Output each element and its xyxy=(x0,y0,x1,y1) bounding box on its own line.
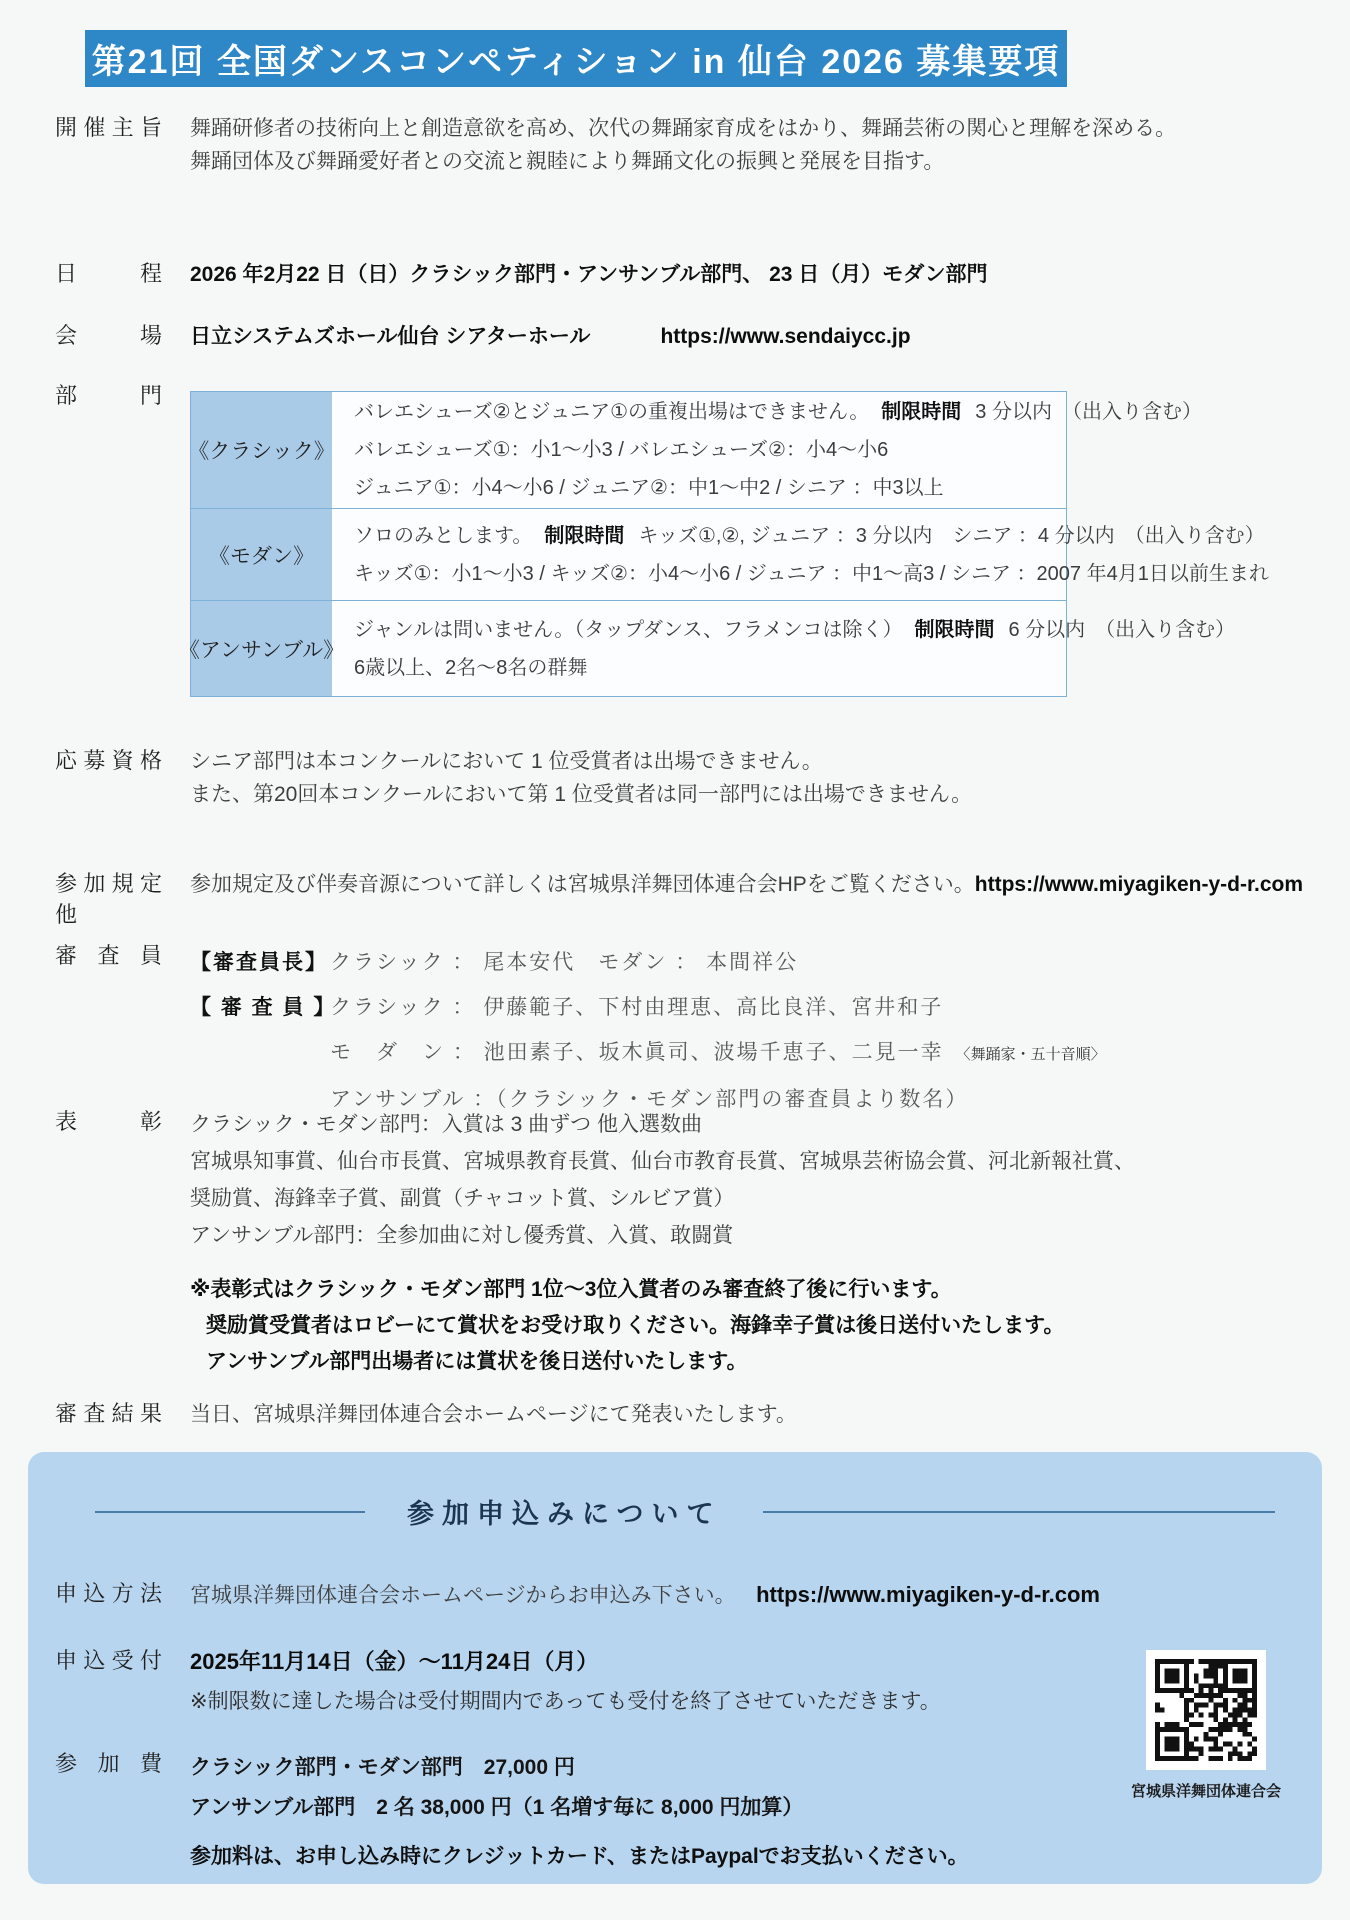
awards-line3: 奨励賞、海鋒幸子賞、副賞（チャコット賞、シルビア賞） xyxy=(190,1180,1135,1217)
division-name-modern: 《モダン》 xyxy=(191,509,332,600)
rules-label: 参加規定他 xyxy=(55,868,162,930)
schedule-label: 日程 xyxy=(55,258,162,289)
venue-url: https://www.sendaiycc.jp xyxy=(660,320,910,353)
qr-code xyxy=(1155,1659,1257,1761)
results-section: 審査結果 当日、宮城県洋舞団体連合会ホームページにて発表いたします。 xyxy=(55,1398,797,1431)
apply-period-section: 申込受付 2025年11月14日（金）～11月24日（月） xyxy=(55,1645,598,1676)
application-title: 参加申込みについて xyxy=(407,1492,721,1531)
awards-note3: アンサンブル部門出場者には賞状を後日送付いたします。 xyxy=(190,1344,1135,1380)
apply-period-label: 申込受付 xyxy=(55,1645,162,1676)
eligibility-label: 応募資格 xyxy=(55,745,162,776)
division-detail-modern: ソロのみとします。制限時間キッズ①,②, ジュニア ：3 分以内 シニア ：4 … xyxy=(332,509,1269,600)
title-rule-left xyxy=(95,1511,365,1513)
rules-section: 参加規定他 参加規定及び伴奏音源について詳しくは宮城県洋舞団体連合会HPをご覧く… xyxy=(55,868,1067,930)
classic-categories-2: ジュニア①：小4～小6 / ジュニア②：中1～中2 / シニア ：中3以上 xyxy=(354,469,1202,507)
awards-note1: ※表彰式はクラシック・モダン部門 1位～3位入賞者のみ審査終了後に行います。 xyxy=(190,1272,1135,1308)
qr-label: 宮城県洋舞団体連合会 xyxy=(1106,1780,1306,1801)
awards-line1: クラシック・モダン部門：入賞は 3 曲ずつ 他入選数曲 xyxy=(190,1106,1135,1143)
classic-judges: クラシック ： 伊藤範子、下村由理恵、高比良洋、宮井和子 xyxy=(330,985,943,1030)
apply-method-url: https://www.miyagiken-y-d-r.com xyxy=(756,1578,1100,1611)
modern-categories: キッズ①：小1～小3 / キッズ②：小4～小6 / ジュニア ：中1～高3 / … xyxy=(354,555,1269,593)
schedule-section: 日程 2026 年2月22 日（日）クラシック部門・アンサンブル部門、 23 日… xyxy=(55,258,988,291)
awards-line4: アンサンブル部門：全参加曲に対し優秀賞、入賞、敢闘賞 xyxy=(190,1217,1135,1254)
division-detail-classic: バレエシューズ②とジュニア①の重複出場はできません。制限時間3 分以内 （出入り… xyxy=(332,392,1202,508)
classic-categories-1: バレエシューズ①：小1～小3 / バレエシューズ②：小4～小6 xyxy=(354,431,1202,469)
awards-note2: 奨励賞受賞者はロビーにて賞状をお受け取りください。海鋒幸子賞は後日送付いたします… xyxy=(190,1308,1135,1344)
division-name-ensemble: 《アンサンブル》 xyxy=(191,601,332,696)
eligibility-line2: また、第20回本コンクールにおいて第 1 位受賞者は同一部門には出場できません。 xyxy=(190,778,972,811)
eligibility-section: 応募資格 シニア部門は本コンクールにおいて 1 位受賞者は出場できません。 また… xyxy=(55,745,972,811)
modern-rule: ソロのみとします。 xyxy=(354,525,532,547)
title-rule-right xyxy=(763,1511,1275,1513)
classic-rule: バレエシューズ②とジュニア①の重複出場はできません。 xyxy=(354,401,869,423)
judges-label: 審査員 xyxy=(55,940,162,971)
judges-section: 審査員 【審査員長】 クラシック ： 尾本安代 モダン ： 本間祥公 【 審 査… xyxy=(55,940,1106,1122)
purpose-label: 開催主旨 xyxy=(55,112,162,143)
modern-time-limit: キッズ①,②, ジュニア ：3 分以内 シニア ：4 分以内 （出入り含む） xyxy=(638,525,1264,547)
purpose-section: 開催主旨 舞踊研修者の技術向上と創造意欲を高め、次代の舞踊家育成をはかり、舞踊芸… xyxy=(55,112,1176,178)
chief-judges: クラシック ： 尾本安代 モダン ： 本間祥公 xyxy=(330,940,798,985)
division-row-classic: 《クラシック》 バレエシューズ②とジュニア①の重複出場はできません。制限時間3 … xyxy=(191,392,1066,509)
awards-section: 表彰 クラシック・モダン部門：入賞は 3 曲ずつ 他入選数曲 宮城県知事賞、仙台… xyxy=(55,1106,1135,1380)
apply-method-text: 宮城県洋舞団体連合会ホームページからお申込み下さい。 xyxy=(190,1579,736,1612)
divisions-label: 部門 xyxy=(55,380,162,411)
judges-order-note: 〈舞踊家・五十音順〉 xyxy=(956,1032,1106,1077)
purpose-line1: 舞踊研修者の技術向上と創造意欲を高め、次代の舞踊家育成をはかり、舞踊芸術の関心と… xyxy=(190,112,1176,145)
apply-method-section: 申込方法 宮城県洋舞団体連合会ホームページからお申込み下さい。 https://… xyxy=(55,1578,1100,1612)
time-limit-label: 制限時間 xyxy=(544,525,624,547)
venue-section: 会場 日立システムズホール仙台 シアターホール https://www.send… xyxy=(55,320,911,353)
flyer-page: 第21回 全国ダンスコンペティション in 仙台 2026 募集要項 開催主旨 … xyxy=(0,0,1350,1920)
modern-judges: モ ダ ン ： 池田素子、坂木眞司、波場千恵子、二見一幸 xyxy=(330,1030,944,1075)
awards-label: 表彰 xyxy=(55,1106,162,1137)
fee-line2: アンサンブル部門 2 名 38,000 円（1 名増す毎に 8,000 円加算） xyxy=(190,1788,803,1828)
time-limit-label: 制限時間 xyxy=(915,619,995,641)
fee-line1: クラシック部門・モダン部門 27,000 円 xyxy=(190,1748,803,1788)
venue-label: 会場 xyxy=(55,320,162,351)
apply-period-note: ※制限数に達した場合は受付期間内であっても受付を終了させていただきます。 xyxy=(190,1685,941,1715)
ensemble-time-limit: 6 分以内 （出入り含む） xyxy=(1009,619,1236,641)
ensemble-rule: ジャンルは問いません。（タップダンス、フラメンコは除く） xyxy=(354,619,903,641)
divisions-section: 部門 xyxy=(55,380,190,411)
apply-period-date: 2025年11月14日（金）～11月24日（月） xyxy=(190,1645,598,1676)
application-title-row: 参加申込みについて xyxy=(95,1492,1275,1531)
time-limit-label: 制限時間 xyxy=(881,401,961,423)
classic-time-limit: 3 分以内 （出入り含む） xyxy=(975,401,1202,423)
venue-name: 日立システムズホール仙台 シアターホール xyxy=(190,320,590,353)
schedule-text: 2026 年2月22 日（日）クラシック部門・アンサンブル部門、 23 日（月）… xyxy=(190,258,988,291)
fee-payment-note: 参加料は、お申し込み時にクレジットカード、またはPaypalでお支払いください。 xyxy=(190,1840,969,1870)
purpose-line2: 舞踊団体及び舞踊愛好者との交流と親睦により舞踊文化の振興と発展を目指す。 xyxy=(190,145,1176,178)
awards-line2: 宮城県知事賞、仙台市長賞、宮城県教育長賞、仙台市教育長賞、宮城県芸術協会賞、河北… xyxy=(190,1143,1135,1180)
fee-label: 参加費 xyxy=(55,1748,162,1779)
divisions-table: 《クラシック》 バレエシューズ②とジュニア①の重複出場はできません。制限時間3 … xyxy=(190,391,1067,697)
qr-card xyxy=(1146,1650,1266,1770)
chief-judge-heading: 【審査員長】 xyxy=(190,940,330,985)
apply-method-label: 申込方法 xyxy=(55,1578,162,1609)
results-label: 審査結果 xyxy=(55,1398,162,1429)
eligibility-line1: シニア部門は本コンクールにおいて 1 位受賞者は出場できません。 xyxy=(190,745,972,778)
rules-url: https://www.miyagiken-y-d-r.com xyxy=(975,868,1303,901)
page-title: 第21回 全国ダンスコンペティション in 仙台 2026 募集要項 xyxy=(85,30,1067,87)
division-name-classic: 《クラシック》 xyxy=(191,392,332,508)
division-row-ensemble: 《アンサンブル》 ジャンルは問いません。（タップダンス、フラメンコは除く）制限時… xyxy=(191,601,1066,696)
rules-text: 参加規定及び伴奏音源について詳しくは宮城県洋舞団体連合会HPをご覧ください。 xyxy=(190,868,975,901)
ensemble-categories: 6歳以上、2名～8名の群舞 xyxy=(354,649,1235,687)
panel-judge-heading: 【 審 査 員 】 xyxy=(190,985,330,1030)
division-detail-ensemble: ジャンルは問いません。（タップダンス、フラメンコは除く）制限時間6 分以内 （出… xyxy=(332,601,1235,696)
fee-section: 参加費 クラシック部門・モダン部門 27,000 円 アンサンブル部門 2 名 … xyxy=(55,1748,803,1828)
results-text: 当日、宮城県洋舞団体連合会ホームページにて発表いたします。 xyxy=(190,1398,797,1431)
division-row-modern: 《モダン》 ソロのみとします。制限時間キッズ①,②, ジュニア ：3 分以内 シ… xyxy=(191,509,1066,601)
